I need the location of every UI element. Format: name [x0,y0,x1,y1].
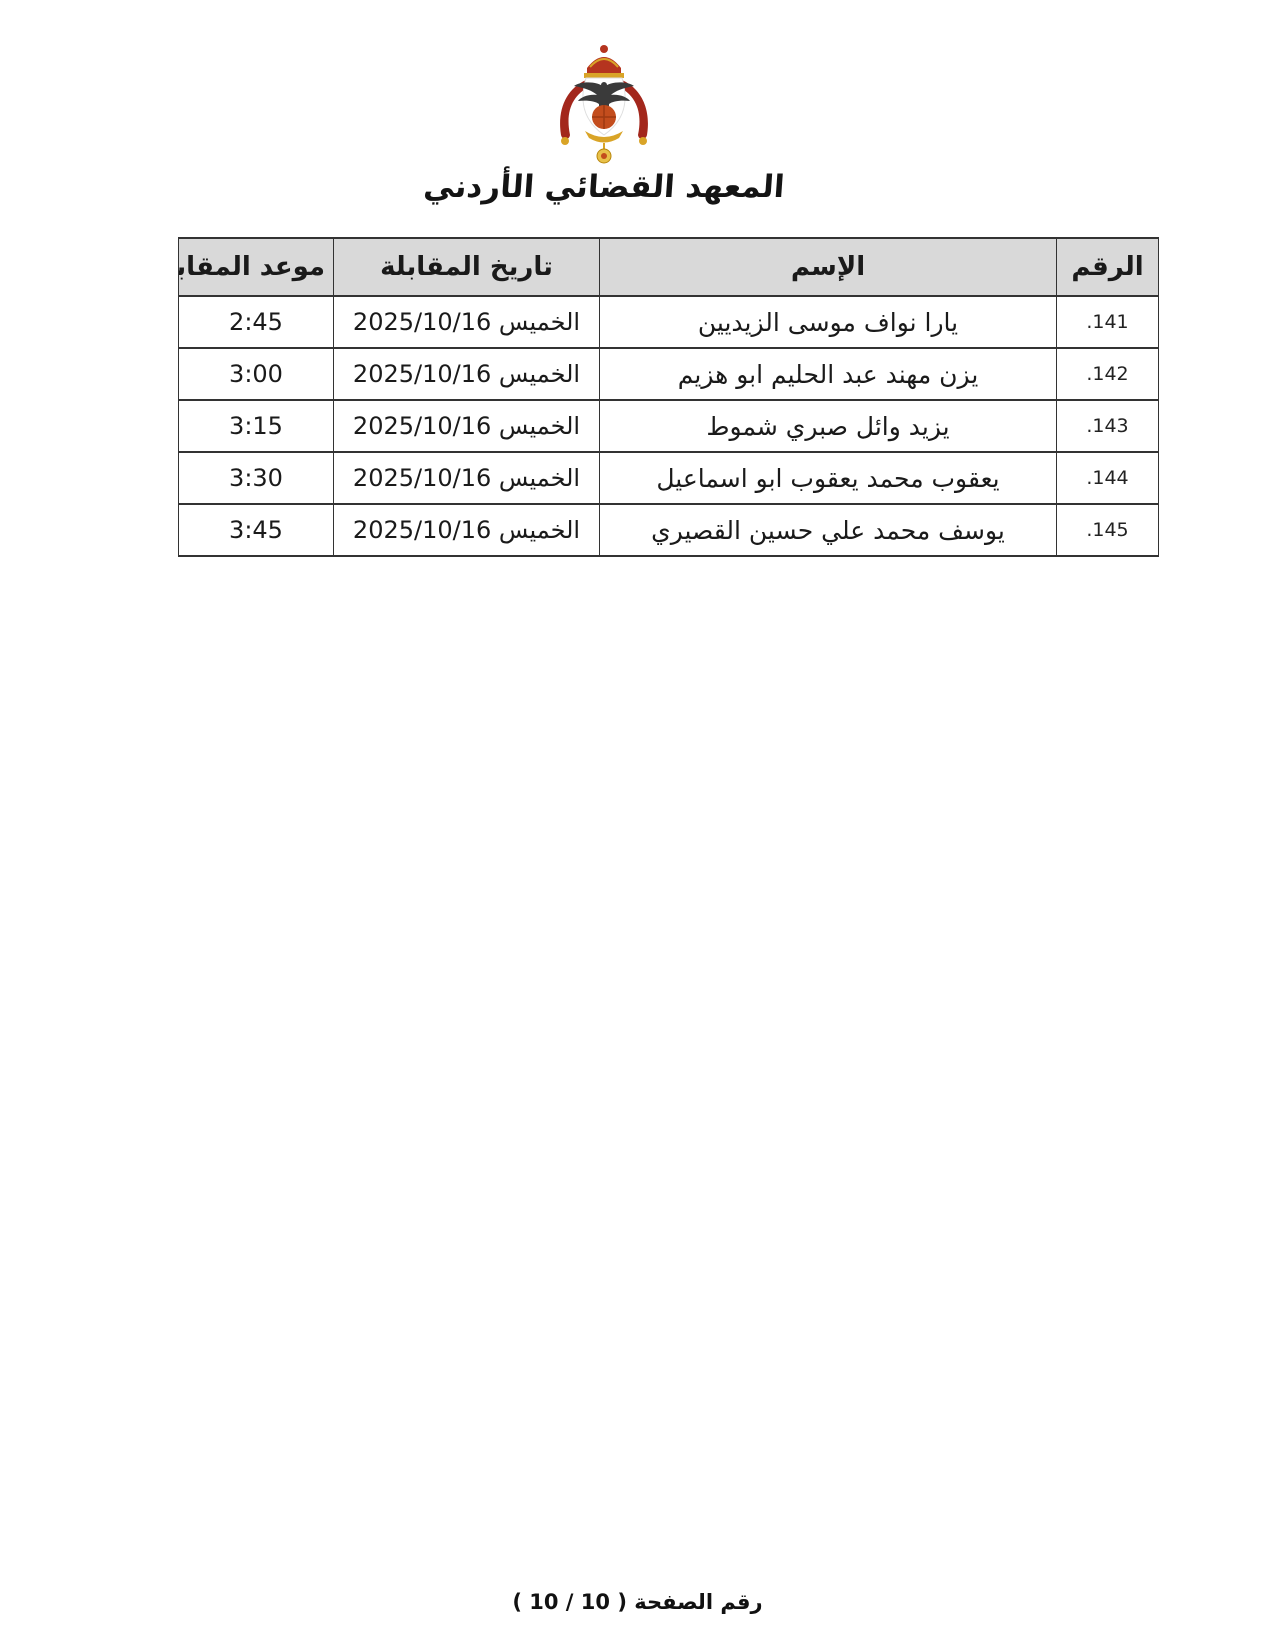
cell-time: 3:30 [179,452,334,504]
cell-name: يزن مهند عبد الحليم ابو هزيم [600,348,1057,400]
header-logo-block: المعهد القضائي الأردني [394,40,814,204]
cell-time: 2:45 [179,296,334,348]
cell-time: 3:45 [179,504,334,556]
header-number: الرقم [1057,238,1159,296]
header-interview-time: موعد المقابلة [179,238,334,296]
interview-table-body: .141يارا نواف موسى الزيديينالخميس 2025/1… [179,296,1159,556]
cell-time: 3:00 [179,348,334,400]
cell-name: يوسف محمد علي حسين القصيري [600,504,1057,556]
table-row: .142يزن مهند عبد الحليم ابو هزيمالخميس 2… [179,348,1159,400]
header-name: الإسم [600,238,1057,296]
interview-table: الرقم الإسم تاريخ المقابلة موعد المقابلة… [178,237,1159,557]
cell-name: يزيد وائل صبري شموط [600,400,1057,452]
interview-table-container: الرقم الإسم تاريخ المقابلة موعد المقابلة… [178,237,1090,557]
header-interview-date: تاريخ المقابلة [334,238,600,296]
page-number-label: رقم الصفحة ( 10 / 10 ) [0,1590,1275,1614]
table-row: .144يعقوب محمد يعقوب ابو اسماعيلالخميس 2… [179,452,1159,504]
cell-number: .145 [1057,504,1159,556]
table-row: .145يوسف محمد علي حسين القصيريالخميس 202… [179,504,1159,556]
cell-date: الخميس 2025/10/16 [334,452,600,504]
table-row: .141يارا نواف موسى الزيديينالخميس 2025/1… [179,296,1159,348]
cell-date: الخميس 2025/10/16 [334,296,600,348]
cell-number: .144 [1057,452,1159,504]
cell-name: يارا نواف موسى الزيديين [600,296,1057,348]
institute-name-calligraphy: المعهد القضائي الأردني [393,170,815,204]
table-row: .143يزيد وائل صبري شموطالخميس 2025/10/16… [179,400,1159,452]
document-page: المعهد القضائي الأردني الرقم الإسم تاريخ… [0,0,1275,1650]
jordan-coat-of-arms-icon [529,40,679,168]
table-header-row: الرقم الإسم تاريخ المقابلة موعد المقابلة [179,238,1159,296]
cell-number: .143 [1057,400,1159,452]
cell-name: يعقوب محمد يعقوب ابو اسماعيل [600,452,1057,504]
cell-time: 3:15 [179,400,334,452]
cell-number: .141 [1057,296,1159,348]
cell-date: الخميس 2025/10/16 [334,400,600,452]
cell-number: .142 [1057,348,1159,400]
cell-date: الخميس 2025/10/16 [334,504,600,556]
cell-date: الخميس 2025/10/16 [334,348,600,400]
